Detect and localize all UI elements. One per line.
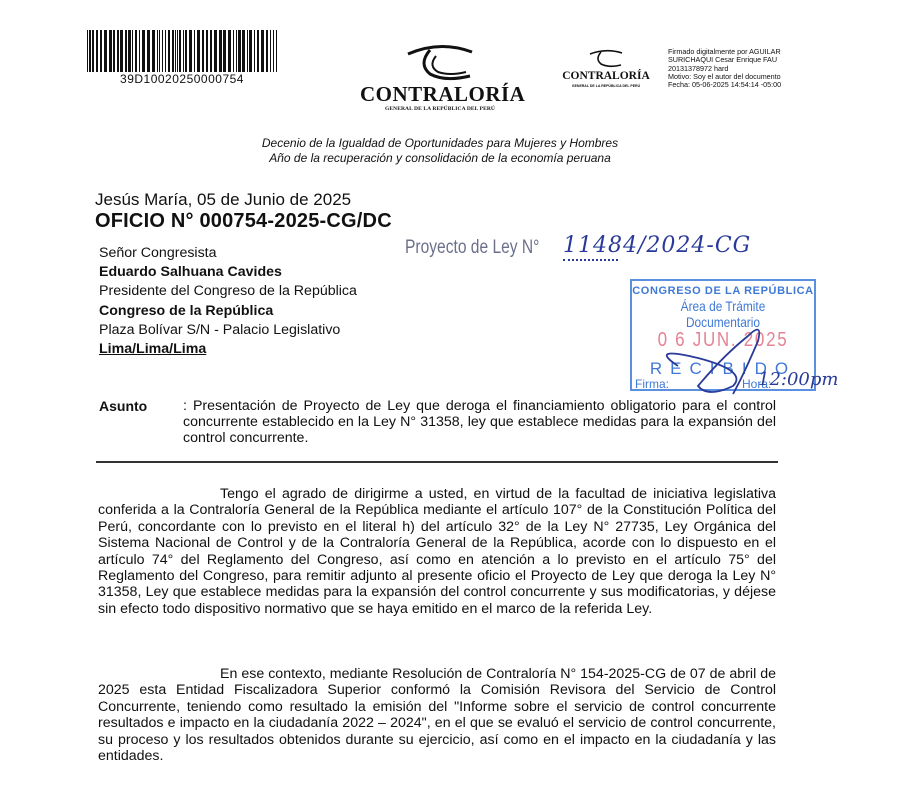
body-paragraph: En ese contexto, mediante Resolución de … xyxy=(98,666,776,764)
body-paragraph: Tengo el agrado de dirigirme a usted, en… xyxy=(98,486,776,617)
logo-subtitle: GENERAL DE LA REPÚBLICA DEL PERÚ xyxy=(560,84,652,88)
addressee-address: Plaza Bolívar S/N - Palacio Legislativo xyxy=(99,321,357,340)
year-line: Año de la recuperación y consolidación d… xyxy=(230,151,650,166)
contraloria-swoosh-icon xyxy=(400,42,480,82)
logo-name: CONTRALORÍA xyxy=(360,82,520,107)
contraloria-logo-small: CONTRALORÍA GENERAL DE LA REPÚBLICA DEL … xyxy=(560,48,652,94)
salutation: Señor Congresista xyxy=(99,244,357,263)
addressee-block: Señor Congresista Eduardo Salhuana Cavid… xyxy=(99,244,357,359)
addressee-institution: Congreso de la República xyxy=(99,302,357,321)
logo-subtitle: GENERAL DE LA REPÚBLICA DEL PERÚ xyxy=(360,106,520,112)
proyecto-ley-handwritten-number: 11484/2024-CG xyxy=(563,233,751,258)
addressee-name: Eduardo Salhuana Cavides xyxy=(99,263,357,282)
divider xyxy=(96,461,778,463)
decenio-line: Decenio de la Igualdad de Oportunidades … xyxy=(230,136,650,151)
stamp-hora-handwritten: 12:00pm xyxy=(758,369,838,390)
oficio-number: OFICIO N° 000754-2025-CG/DC xyxy=(95,210,392,233)
paragraph-text: En ese contexto, mediante Resolución de … xyxy=(98,666,776,764)
contraloria-swoosh-icon xyxy=(586,48,626,70)
digital-signature: Firmado digitalmente por AGUILAR SURICHA… xyxy=(668,48,781,89)
barcode-number: 39D10020250000754 xyxy=(87,72,277,86)
addressee-position: Presidente del Congreso de la República xyxy=(99,282,357,301)
asunto-text: : Presentación de Proyecto de Ley que de… xyxy=(183,398,776,447)
signature-line: Fecha: 05-06-2025 14:54:14 -05:00 xyxy=(668,81,781,89)
decenio-header: Decenio de la Igualdad de Oportunidades … xyxy=(230,136,650,166)
barcode xyxy=(87,30,277,72)
place-date: Jesús María, 05 de Junio de 2025 xyxy=(95,190,351,210)
contraloria-logo: CONTRALORÍA GENERAL DE LA REPÚBLICA DEL … xyxy=(360,42,520,112)
addressee-city: Lima/Lima/Lima xyxy=(99,340,357,359)
asunto-label: Asunto xyxy=(99,398,147,414)
dotted-line xyxy=(563,259,618,261)
logo-name: CONTRALORÍA xyxy=(560,70,652,82)
stamp-institution: CONGRESO DE LA REPÚBLICA xyxy=(632,285,814,297)
paragraph-text: Tengo el agrado de dirigirme a usted, en… xyxy=(98,486,776,617)
proyecto-ley-label: Proyecto de Ley N° xyxy=(405,237,539,259)
